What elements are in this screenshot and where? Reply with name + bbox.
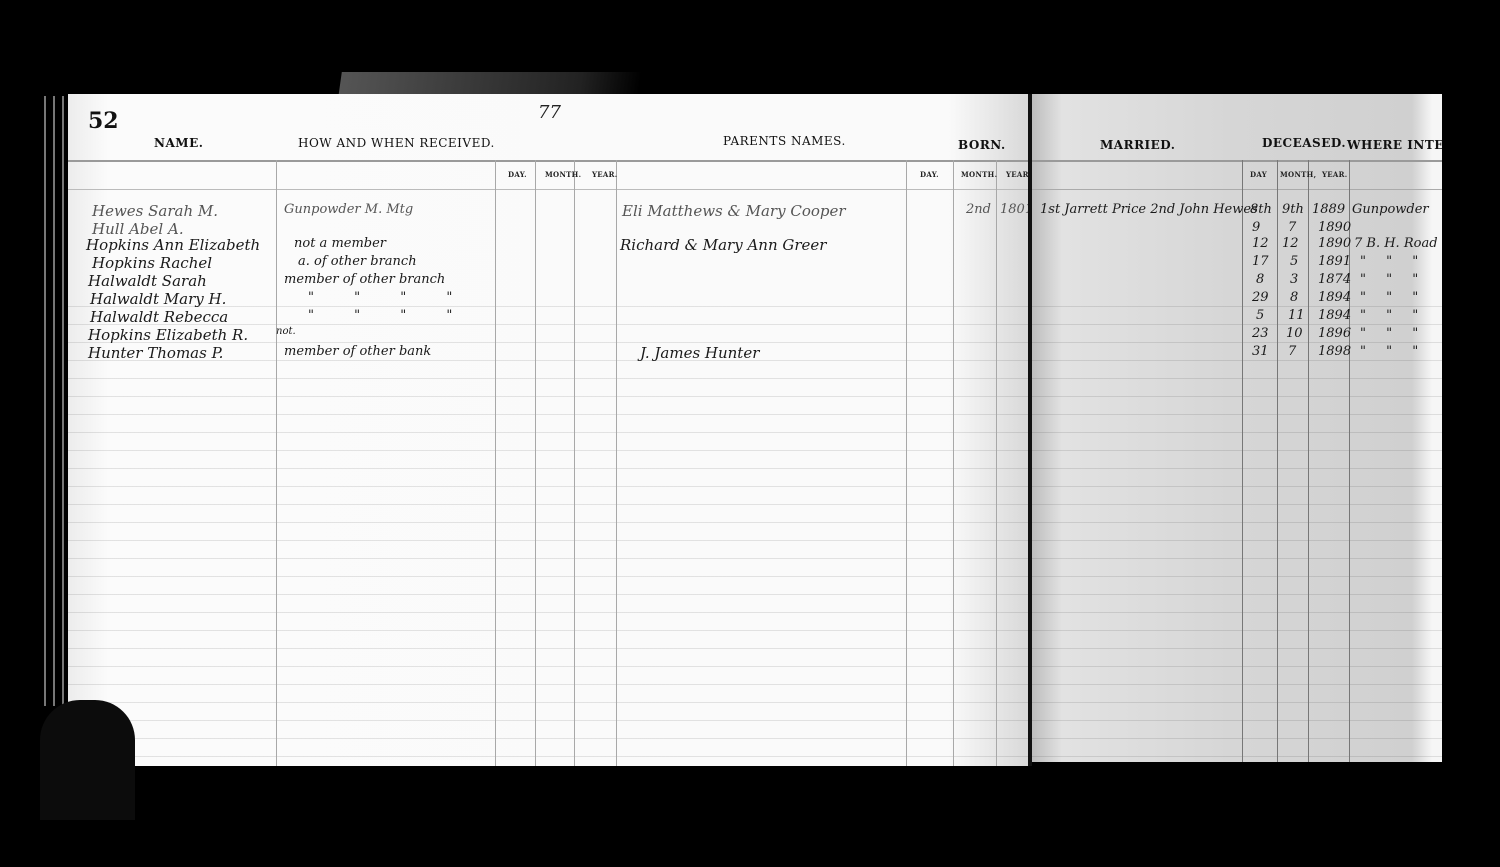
header-rule [68, 160, 1030, 162]
entry-interred: " " " [1360, 344, 1426, 359]
table-row: Hopkins Elizabeth R. not. [68, 326, 1030, 344]
entry-dec-day: 5 [1256, 308, 1264, 323]
entry-dec-year: 1889 [1312, 202, 1345, 217]
entry-interred: " " " [1360, 272, 1426, 287]
header-born: BORN. [958, 138, 1006, 152]
entry-received: member of other branch [284, 272, 445, 287]
entry-name: Hewes Sarah M. [92, 202, 218, 220]
sub-dec-day: Day [1250, 170, 1267, 179]
entry-name: Halwaldt Rebecca [90, 308, 228, 326]
table-row: Hewes Sarah M. Gunpowder M. Mtg Eli Matt… [68, 202, 1030, 220]
entry-name: Halwaldt Mary H. [90, 290, 226, 308]
header-interred: WHERE INTERRED [1347, 138, 1442, 152]
entry-dec-month: 10 [1286, 326, 1303, 341]
header-deceased: DECEASED. [1262, 136, 1346, 150]
entry-interred: 7 B. H. Road [1354, 236, 1438, 251]
entry-dec-day: 12 [1252, 236, 1269, 251]
sub-month: Month. [545, 170, 581, 179]
entry-name: Hopkins Elizabeth R. [88, 326, 248, 344]
entry-born-year: 1801 [1000, 202, 1030, 217]
hand-shadow [40, 700, 135, 820]
entry-parents: Richard & Mary Ann Greer [620, 236, 826, 254]
table-row: Halwaldt Mary H. " " " " [68, 290, 1030, 308]
entry-dec-year: 1894 [1318, 308, 1351, 323]
entry-received: a. of other branch [298, 254, 417, 269]
entry-dec-month: 7 [1288, 220, 1296, 235]
sub-dec-month: Month, [1280, 170, 1316, 179]
entry-received: not. [276, 326, 296, 337]
header-received: HOW AND WHEN RECEIVED. [298, 136, 495, 150]
subheader-rule [1032, 189, 1442, 190]
entry-name: Halwaldt Sarah [88, 272, 207, 290]
entry-dec-day: 29 [1252, 290, 1269, 305]
entry-interred: Gunpowder [1352, 202, 1429, 217]
table-row: Hunter Thomas P. member of other bank J.… [68, 344, 1030, 362]
entry-married: 1st Jarrett Price 2nd John Hewes [1040, 202, 1258, 217]
header-rule [1032, 160, 1442, 162]
table-row: Hopkins Ann Elizabeth not a member Richa… [68, 236, 1030, 254]
entry-received: member of other bank [284, 344, 431, 359]
sub-born-month: Month. [961, 170, 997, 179]
entry-interred: " " " [1360, 290, 1426, 305]
table-row: 5 11 1894 " " " [1032, 308, 1442, 326]
table-row: 31 7 1898 " " " [1032, 344, 1442, 362]
entry-name: Hopkins Ann Elizabeth [86, 236, 260, 254]
header-married: MARRIED. [1100, 138, 1175, 152]
entry-dec-month: 11 [1288, 308, 1305, 323]
entry-dec-month: 3 [1290, 272, 1298, 287]
table-row: 12 12 1890 7 B. H. Road [1032, 236, 1442, 254]
sub-day: Day. [508, 170, 527, 179]
entry-name: Hopkins Rachel [92, 254, 212, 272]
entry-dec-year: 1874 [1318, 272, 1351, 287]
entry-dec-day: 31 [1252, 344, 1269, 359]
entry-dec-day: 8th [1250, 202, 1272, 217]
table-row: Halwaldt Sarah member of other branch [68, 272, 1030, 290]
entry-dec-month: 9th [1282, 202, 1304, 217]
entry-dec-month: 12 [1282, 236, 1299, 251]
entry-interred: " " " [1360, 326, 1426, 341]
table-row: 1st Jarrett Price 2nd John Hewes 8th 9th… [1032, 202, 1442, 220]
table-row: 17 5 1891 " " " [1032, 254, 1442, 272]
left-page: 52 77 NAME. HOW AND WHEN RECEIVED. PAREN… [68, 94, 1030, 766]
entry-received: " " " " [308, 290, 470, 305]
entry-dec-day: 23 [1252, 326, 1269, 341]
entry-dec-year: 1891 [1318, 254, 1351, 269]
entry-dec-day: 8 [1256, 272, 1264, 287]
entry-received: Gunpowder M. Mtg [284, 202, 413, 217]
sub-year: Year. [592, 170, 618, 179]
table-row: 29 8 1894 " " " [1032, 290, 1442, 308]
table-row: Halwaldt Rebecca " " " " [68, 308, 1030, 326]
page-number: 52 [88, 108, 119, 134]
entry-interred: " " " [1360, 308, 1426, 323]
sub-born-day: Day. [920, 170, 939, 179]
pencil-mark: 77 [538, 102, 561, 123]
entry-received: not a member [294, 236, 386, 251]
entry-received: " " " " [308, 308, 470, 323]
entry-dec-year: 1890 [1318, 220, 1351, 235]
header-parents: PARENTS NAMES. [723, 134, 846, 148]
entry-dec-day: 9 [1252, 220, 1260, 235]
entry-dec-month: 5 [1290, 254, 1298, 269]
entry-dec-year: 1896 [1318, 326, 1351, 341]
entry-dec-year: 1894 [1318, 290, 1351, 305]
entry-dec-day: 17 [1252, 254, 1269, 269]
entry-dec-month: 7 [1288, 344, 1296, 359]
entry-dec-year: 1898 [1318, 344, 1351, 359]
entry-parents: J. James Hunter [640, 344, 759, 362]
subheader-rule [68, 189, 1030, 190]
entry-dec-year: 1890 [1318, 236, 1351, 251]
entry-dec-month: 8 [1290, 290, 1298, 305]
entry-interred: " " " [1360, 254, 1426, 269]
header-name: NAME. [154, 136, 203, 150]
book-spine-edges [40, 96, 70, 706]
table-row: 23 10 1896 " " " [1032, 326, 1442, 344]
entry-parents: Eli Matthews & Mary Cooper [622, 202, 846, 220]
table-row: 8 3 1874 " " " [1032, 272, 1442, 290]
sub-born-year: Year. [1006, 170, 1030, 179]
entry-born-month: 2nd [966, 202, 991, 217]
sub-dec-year: Year. [1322, 170, 1348, 179]
entry-name: Hunter Thomas P. [88, 344, 223, 362]
table-row: Hopkins Rachel a. of other branch [68, 254, 1030, 272]
right-page: MARRIED. DECEASED. WHERE INTERRED Day Mo… [1032, 94, 1442, 762]
